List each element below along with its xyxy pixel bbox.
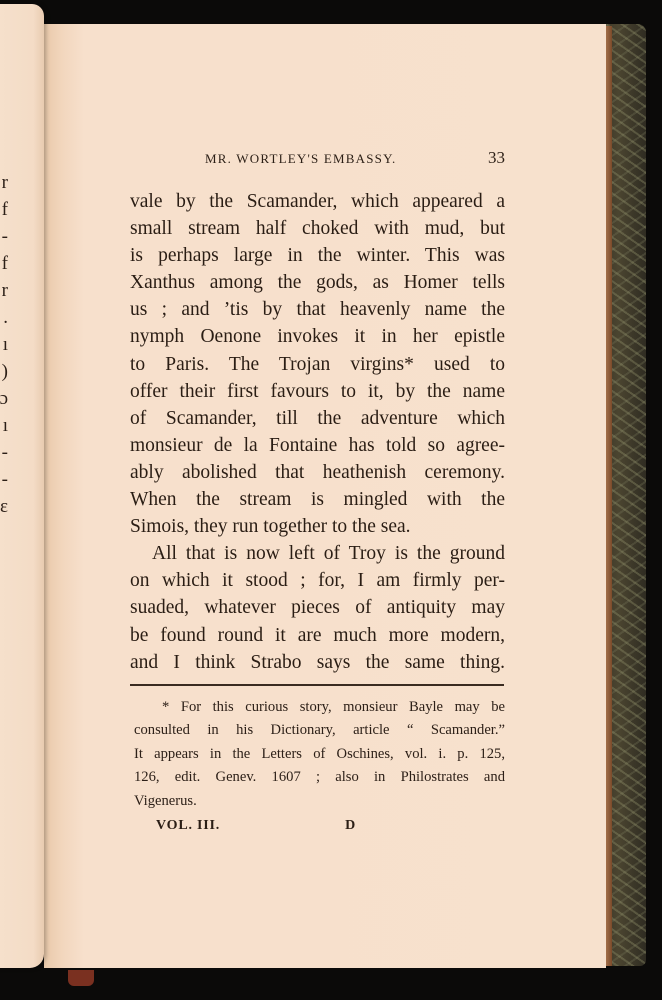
body-line: of Scamander, till the adventure which bbox=[130, 405, 505, 432]
left-page-text-fragments: r f - f r . ı ) ɔ ı - - ɛ bbox=[0, 169, 8, 520]
footnote-rule bbox=[130, 684, 504, 686]
body-text: vale by the Scamander, which appeared a … bbox=[130, 188, 505, 676]
body-line: monsieur de la Fontaine has told so agre… bbox=[130, 432, 505, 459]
body-line: be found round it are much more modern, bbox=[130, 622, 505, 649]
body-line: Xanthus among the gods, as Homer tells bbox=[130, 269, 505, 296]
page-number: 33 bbox=[488, 148, 505, 168]
paragraph-start-line: All that is now left of Troy is the grou… bbox=[130, 540, 505, 567]
running-head: MR. WORTLEY'S EMBASSY. 33 bbox=[205, 148, 505, 168]
footnote-line: 126, edit. Genev. 1607 ; also in Philost… bbox=[134, 766, 505, 789]
fragment: - bbox=[0, 223, 8, 250]
body-line: When the stream is mingled with the bbox=[130, 486, 505, 513]
left-page-edge: r f - f r . ı ) ɔ ı - - ɛ bbox=[0, 4, 44, 968]
fragment: r bbox=[0, 169, 8, 196]
fragment: f bbox=[0, 250, 8, 277]
body-line: Simois, they run together to the sea. bbox=[130, 513, 505, 540]
fragment: r bbox=[0, 277, 8, 304]
fragment: . bbox=[0, 304, 8, 331]
volume-label: VOL. III. bbox=[156, 818, 220, 834]
footnote-line: It appears in the Letters of Oschines, v… bbox=[134, 743, 505, 766]
ribbon-bookmark bbox=[68, 970, 94, 986]
body-line: suaded, whatever pieces of antiquity may bbox=[130, 594, 505, 621]
fragment: ı bbox=[0, 331, 8, 358]
body-line: to Paris. The Trojan virgins* used to bbox=[130, 351, 505, 378]
fragment: ɛ bbox=[0, 493, 8, 520]
body-line: is perhaps large in the winter. This was bbox=[130, 242, 505, 269]
fragment: - bbox=[0, 439, 8, 466]
footnote-line: consulted in his Dictionary, article “ S… bbox=[134, 719, 505, 742]
fragment: ı bbox=[0, 412, 8, 439]
footnote: * For this curious story, monsieur Bayle… bbox=[134, 696, 505, 813]
body-line: vale by the Scamander, which appeared a bbox=[130, 188, 505, 215]
body-line: and I think Strabo says the same thing. bbox=[130, 649, 505, 676]
footnote-line: * For this curious story, monsieur Bayle… bbox=[134, 696, 505, 719]
body-line: us ; and ’tis by that heavenly name the bbox=[130, 296, 505, 323]
body-line: ably abolished that heathenish ceremony. bbox=[130, 459, 505, 486]
fragment: ) bbox=[0, 358, 8, 385]
fragment: - bbox=[0, 466, 8, 493]
running-head-title: MR. WORTLEY'S EMBASSY. bbox=[205, 151, 396, 167]
body-line: offer their first favours to it, by the … bbox=[130, 378, 505, 405]
fragment: f bbox=[0, 196, 8, 223]
footnote-line: Vigenerus. bbox=[134, 790, 505, 813]
fragment: ɔ bbox=[0, 385, 8, 412]
body-line: nymph Oenone invokes it in her epistle bbox=[130, 323, 505, 350]
body-line: on which it stood ; for, I am firmly per… bbox=[130, 567, 505, 594]
signature-mark: D bbox=[345, 818, 356, 834]
signature-line: VOL. III. D bbox=[156, 818, 356, 834]
body-line: small stream half choked with mud, but bbox=[130, 215, 505, 242]
